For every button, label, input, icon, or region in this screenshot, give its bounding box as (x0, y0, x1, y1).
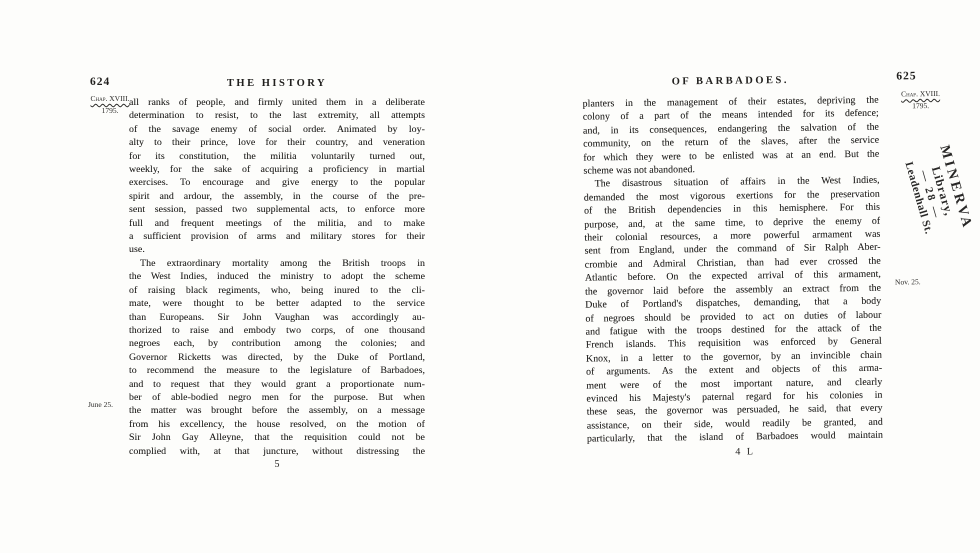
chapter-margin-note-left: Chap. XVIII. 1795. (86, 94, 134, 115)
chapter-label: Chap. XVIII. (901, 89, 940, 99)
running-title-right: OF BARBADOES. (582, 74, 878, 89)
text-line: spirit and ardour, the assembly, in the … (129, 190, 425, 203)
text-line: thorized to raise and embody two corps, … (129, 324, 425, 337)
page-body-right: planters in the management of their esta… (583, 94, 884, 446)
text-line: use. (129, 243, 425, 256)
text-line: for its constitution, the militia volunt… (129, 150, 425, 163)
text-line: sent session, passed two supplemental ac… (129, 203, 425, 216)
text-line: than Europeans. Sir John Vaughan was acc… (129, 311, 425, 324)
signature-mark-right: 4 L (597, 445, 893, 460)
text-line: all ranks of people, and firmly united t… (129, 96, 425, 109)
text-line: the West Indies, induced the ministry to… (129, 270, 425, 283)
text-line: to recommend the measure to the legislat… (129, 364, 425, 377)
text-line: determination to resist, to the last ext… (129, 109, 425, 122)
text-line: from his excellency, the house resolved,… (129, 418, 425, 431)
chapter-label: Chap. XVIII. (91, 94, 130, 103)
text-line: The extraordinary mortality among the Br… (129, 257, 425, 270)
signature-mark-left: 5 (129, 459, 425, 470)
text-line: exercises. To encourage and give energy … (129, 176, 425, 189)
running-title-left: THE HISTORY (129, 78, 425, 89)
text-line: full and frequent meetings of the militi… (129, 217, 425, 230)
text-line: Sir John Gay Alleyne, that the requisiti… (129, 431, 425, 444)
text-line: mate, were thought to be better adapted … (129, 297, 425, 310)
chapter-margin-note-right: Chap. XVIII. 1795. (896, 89, 944, 110)
text-line: particularly, that the island of Barbado… (587, 429, 883, 446)
year-label: 1795. (86, 106, 134, 115)
folio-number-left: 624 (90, 76, 110, 88)
folio-number-right: 625 (896, 70, 916, 82)
text-line: weekly, for the sake of acquiring a prof… (129, 163, 425, 176)
text-line: ber of able-bodied negro men for the pur… (129, 391, 425, 404)
text-line: the matter was brought before the assemb… (129, 404, 425, 417)
text-line: a sufficient provision of arms and milit… (129, 230, 425, 243)
text-line: of the savage enemy of social order. Ani… (129, 123, 425, 136)
text-line: complied with, at that juncture, without… (129, 445, 425, 458)
left-page: 624 THE HISTORY Chap. XVIII. 1795. June … (86, 70, 466, 500)
text-line: and to request that they would grant a p… (129, 378, 425, 391)
text-line: alty to their prince, love for their cou… (129, 136, 425, 149)
text-line: negroes each, by contribution among the … (129, 337, 425, 350)
date-margin-note-left: June 25. (88, 400, 113, 409)
year-label: 1795. (897, 100, 945, 110)
date-margin-note-right: Nov. 25. (895, 277, 921, 286)
text-line: Governor Ricketts was directed, by the D… (129, 351, 425, 364)
page-body-left: all ranks of people, and firmly united t… (129, 96, 425, 458)
text-line: of raising black regiments, who, being i… (129, 284, 425, 297)
